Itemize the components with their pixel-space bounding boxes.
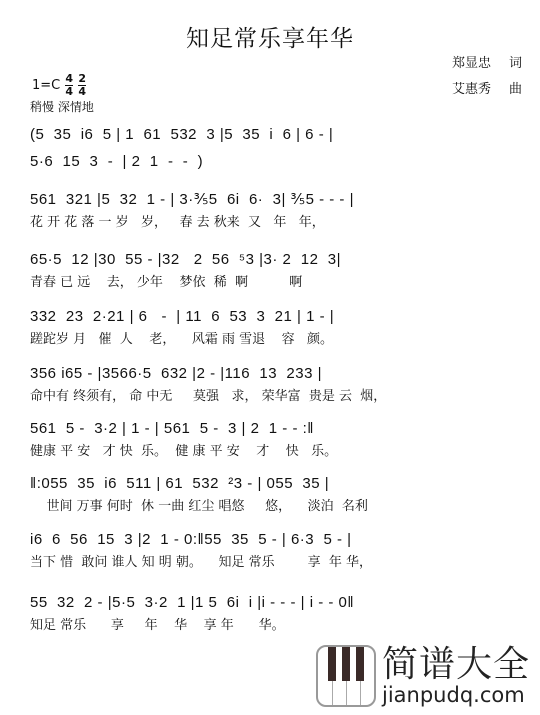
lyrics-row: 蹉跎岁 月 催 人 老， 风霜 雨 雪退 容 颜。 [30, 331, 520, 349]
lyricist-role: 词 [509, 56, 522, 71]
notation-row: 561 5 - 3·2 | 1 - | 561 5 - 3 | 2 1 - - … [30, 419, 520, 439]
staff-line-10: 55 32 2 - |5·5 3·2 1 |1 5 6i i |i - - - … [30, 593, 520, 635]
lyrics-row: 花 开 花 落 一 岁 岁， 春 去 秋来 又 年 年， [30, 214, 520, 232]
composer-credit: 艾惠秀曲 [452, 78, 522, 97]
staff-line-5: 332 23 2·21 | 6 - | 11 6 53 3 21 | 1 - |… [30, 307, 520, 349]
staff-line-9: i6 6 56 15 3 |2 1 - 0:‖55 35 5 - | 6·3 5… [30, 530, 520, 572]
lyrics-row: 健康 平 安 才 快 乐。 健 康 平 安 才 快 乐。 [30, 443, 520, 461]
lyrics-row: 命中有 终须有， 命 中无 莫强 求， 荣华富 贵是 云 烟， [30, 388, 520, 406]
composer-name: 艾惠秀 [452, 82, 491, 97]
piano-keys-icon [316, 645, 376, 707]
staff-line-1: (5 35 i6 5 | 1 61 532 3 |5 35 i 6 | 6 - … [30, 125, 520, 145]
notation-row: (5 35 i6 5 | 1 61 532 3 |5 35 i 6 | 6 - … [30, 125, 520, 145]
notation-row: 332 23 2·21 | 6 - | 11 6 53 3 21 | 1 - | [30, 307, 520, 327]
staff-line-8: ‖:055 35 i6 511 | 61 532 ²3 - | 055 35 |… [30, 474, 520, 516]
staff-line-6: 356 i65 - |3566·5 632 |2 - |116 13 233 |… [30, 364, 520, 406]
staff-line-7: 561 5 - 3·2 | 1 - | 561 5 - 3 | 2 1 - - … [30, 419, 520, 461]
key-signature: 1=C 44 24 [32, 74, 86, 97]
key-label: 1=C [32, 78, 60, 93]
lyricist-credit: 郑显忠词 [452, 52, 522, 71]
lyrics-row: 知足 常乐 享 年 华 享 年 华。 [30, 617, 520, 635]
lyricist-name: 郑显忠 [452, 56, 491, 71]
staff-line-3: 561 321 |5 32 1 - | 3·⅗5 6i 6· 3| ⅗5 - -… [30, 190, 520, 232]
lyrics-row: 当下 惜 敢问 谁人 知 明 朝。 知足 常乐 享 年 华， [30, 554, 520, 572]
notation-row: ‖:055 35 i6 511 | 61 532 ²3 - | 055 35 | [30, 474, 520, 494]
watermark-url: jianpudq.com [382, 684, 530, 706]
notation-row: 561 321 |5 32 1 - | 3·⅗5 6i 6· 3| ⅗5 - -… [30, 190, 520, 210]
staff-line-4: 65·5 12 |30 55 - |32 2 56 ⁵3 |3· 2 12 3|… [30, 250, 520, 292]
time-signature-2-4: 24 [78, 74, 86, 97]
notation-row: 356 i65 - |3566·5 632 |2 - |116 13 233 | [30, 364, 520, 384]
song-title: 知足常乐享年华 [0, 20, 540, 53]
notation-row: 55 32 2 - |5·5 3·2 1 |1 5 6i i |i - - - … [30, 593, 520, 613]
watermark-logo: 简谱大全 jianpudq.com [316, 645, 530, 707]
notation-row: 65·5 12 |30 55 - |32 2 56 ⁵3 |3· 2 12 3| [30, 250, 520, 270]
composer-role: 曲 [509, 82, 522, 97]
tempo-marking: 稍慢 深情地 [30, 98, 94, 115]
time-signature-4-4: 44 [65, 74, 73, 97]
notation-row: 5·6 15 3 - | 2 1 - - ) [30, 152, 520, 172]
watermark-brand: 简谱大全 [382, 646, 530, 684]
notation-row: i6 6 56 15 3 |2 1 - 0:‖55 35 5 - | 6·3 5… [30, 530, 520, 550]
staff-line-2: 5·6 15 3 - | 2 1 - - ) [30, 152, 520, 172]
lyrics-row: 青春 已 远 去， 少年 梦依 稀 啊 啊 [30, 274, 520, 292]
lyrics-row: 世间 万事 何时 休 一曲 红尘 唱悠 悠， 淡泊 名利 [30, 498, 520, 516]
